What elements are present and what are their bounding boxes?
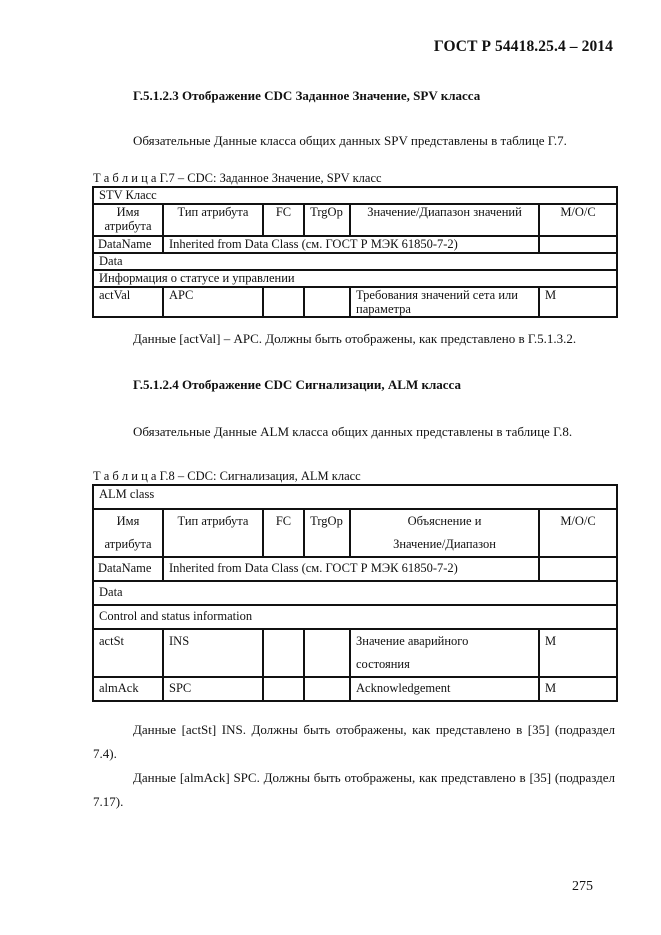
table-g8: ALM class Имя атрибута Тип атрибута FC T…	[92, 484, 618, 702]
table-header-row: Имя атрибута Тип атрибута FC TrgOp Значе…	[93, 204, 617, 236]
cell-moc: M	[539, 677, 617, 701]
paragraph-almack: Данные [almAck] SPC. Должны быть отображ…	[93, 766, 615, 814]
table-row-dataname: DataName Inherited from Data Class (см. …	[93, 557, 617, 581]
paragraph-actst: Данные [actSt] INS. Должны быть отображе…	[93, 718, 615, 766]
header-value: Значение/Диапазон значений	[350, 204, 539, 236]
table-caption-g8: Т а б л и ц а Г.8 – CDC: Сигнализация, A…	[93, 469, 361, 484]
cell-fc	[263, 677, 304, 701]
header-moc: M/O/C	[539, 509, 617, 557]
header-attr-name: Имя атрибута	[93, 204, 163, 236]
section-label: Control and status information	[93, 605, 617, 629]
cell-attr-name: actVal	[93, 287, 163, 317]
cell-empty	[539, 236, 617, 253]
cell-attr-type: SPC	[163, 677, 263, 701]
cell-trgop	[304, 677, 350, 701]
section-label: Информация о статусе и управлении	[93, 270, 617, 287]
cell-fc	[263, 287, 304, 317]
cell-dataname: DataName	[93, 236, 163, 253]
table-row: almAck SPC Acknowledgement M	[93, 677, 617, 701]
header-moc: M/O/C	[539, 204, 617, 236]
section-intro-g5124: Обязательные Данные ALM класса общих дан…	[133, 424, 572, 440]
cell-empty	[539, 557, 617, 581]
table-section-row: Data	[93, 253, 617, 270]
cell-fc	[263, 629, 304, 677]
cell-dataname-value: Inherited from Data Class (см. ГОСТ Р МЭ…	[163, 557, 539, 581]
document-standard-id: ГОСТ Р 54418.25.4 – 2014	[434, 38, 613, 56]
table-g7: STV Класс Имя атрибута Тип атрибута FC T…	[92, 186, 618, 318]
cell-moc: M	[539, 629, 617, 677]
cell-value: Требования значений сета или параметра	[350, 287, 539, 317]
paragraph-after-g7: Данные [actVal] – APC. Должны быть отобр…	[133, 331, 576, 347]
table-caption-g7: Т а б л и ц а Г.7 – CDC: Заданное Значен…	[93, 171, 382, 186]
table-section-row: Data	[93, 581, 617, 605]
cell-attr-type: APC	[163, 287, 263, 317]
header-attr-name: Имя атрибута	[93, 509, 163, 557]
cell-trgop	[304, 629, 350, 677]
page-number: 275	[572, 879, 593, 895]
section-label: Data	[93, 253, 617, 270]
cell-value: Значение аварийного состояния	[350, 629, 539, 677]
cell-attr-name: actSt	[93, 629, 163, 677]
cell-dataname-value: Inherited from Data Class (см. ГОСТ Р МЭ…	[163, 236, 539, 253]
header-fc: FC	[263, 204, 304, 236]
cell-attr-type: INS	[163, 629, 263, 677]
table-section-row: Control and status information	[93, 605, 617, 629]
section-label: Data	[93, 581, 617, 605]
table-title: STV Класс	[93, 187, 617, 204]
table-section-row: Информация о статусе и управлении	[93, 270, 617, 287]
table-title-row: STV Класс	[93, 187, 617, 204]
section-heading-g5124: Г.5.1.2.4 Отображение CDC Сигнализации, …	[133, 377, 461, 393]
table-title: ALM class	[93, 485, 617, 509]
section-heading-g5123: Г.5.1.2.3 Отображение CDC Заданное Значе…	[133, 88, 480, 104]
header-trgop: TrgOp	[304, 204, 350, 236]
header-attr-type: Тип атрибута	[163, 204, 263, 236]
cell-value: Acknowledgement	[350, 677, 539, 701]
cell-trgop	[304, 287, 350, 317]
table-title-row: ALM class	[93, 485, 617, 509]
table-row-dataname: DataName Inherited from Data Class (см. …	[93, 236, 617, 253]
header-fc: FC	[263, 509, 304, 557]
header-value: Объяснение и Значение/Диапазон	[350, 509, 539, 557]
cell-attr-name: almAck	[93, 677, 163, 701]
table-header-row: Имя атрибута Тип атрибута FC TrgOp Объяс…	[93, 509, 617, 557]
table-row: actSt INS Значение аварийного состояния …	[93, 629, 617, 677]
cell-dataname: DataName	[93, 557, 163, 581]
section-intro-g5123: Обязательные Данные класса общих данных …	[133, 133, 567, 149]
header-trgop: TrgOp	[304, 509, 350, 557]
header-attr-type: Тип атрибута	[163, 509, 263, 557]
table-row: actVal APC Требования значений сета или …	[93, 287, 617, 317]
cell-moc: M	[539, 287, 617, 317]
